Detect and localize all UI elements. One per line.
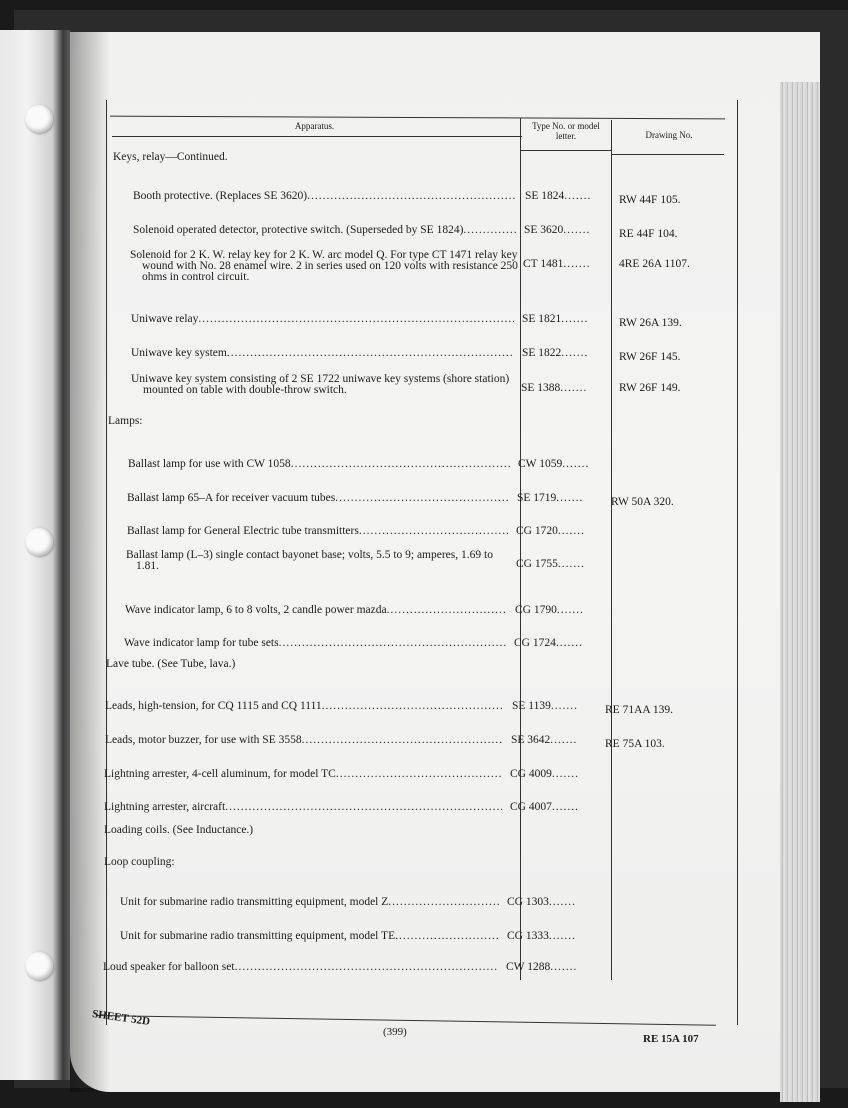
leader-dots: ....... <box>551 700 578 712</box>
leader-dots: ........................................… <box>388 896 499 908</box>
apparatus-description: Leads, motor buzzer, for use with SE 355… <box>105 734 503 747</box>
leader-dots: ....... <box>550 734 577 746</box>
apparatus-description: Ballast lamp (L–3) single contact bayone… <box>126 550 516 572</box>
type-number: SE 1822....... <box>522 347 588 360</box>
type-number: SE 3642....... <box>511 734 577 747</box>
leader-dots: ....... <box>564 190 591 202</box>
leader-dots: ....... <box>561 347 588 359</box>
leader-dots: ....... <box>556 637 583 649</box>
apparatus-description: Uniwave key system......................… <box>131 347 514 360</box>
page-number: (399) <box>383 1026 407 1038</box>
leader-dots: ........................................… <box>235 961 498 973</box>
leader-dots: ........................................… <box>322 700 504 712</box>
type-number: CG 4009....... <box>510 768 579 781</box>
header-rule <box>612 154 724 155</box>
apparatus-description: Unit for submarine radio transmitting eq… <box>120 896 499 909</box>
type-number: CG 1724....... <box>514 637 583 650</box>
drawing-number: RW 50A 320. <box>611 496 674 509</box>
type-number: SE 1719....... <box>517 492 583 505</box>
header-rule <box>521 150 611 151</box>
leader-dots: ....... <box>557 604 584 616</box>
apparatus-description: Keys, relay—Continued. <box>113 151 228 164</box>
apparatus-description: Unit for submarine radio transmitting eq… <box>120 930 499 943</box>
leader-dots: ....... <box>549 896 576 908</box>
apparatus-description: Lightning arrester, 4-cell aluminum, for… <box>104 768 502 781</box>
leader-dots: ....... <box>562 458 589 470</box>
apparatus-description: Leads, high-tension, for CQ 1115 and CQ … <box>105 700 504 713</box>
apparatus-description: Ballast lamp for use with CW 1058.......… <box>128 458 510 471</box>
type-number: CG 1790....... <box>515 604 584 617</box>
leader-dots: ........................................… <box>279 637 506 649</box>
type-number: CG 1720....... <box>516 525 585 538</box>
leader-dots: ....... <box>558 525 585 537</box>
apparatus-description: Loud speaker for balloon set............… <box>103 961 498 974</box>
drawing-number: RE 44F 104. <box>619 228 677 241</box>
leader-dots: ........................................… <box>225 801 502 813</box>
leader-dots: ....... <box>563 258 590 270</box>
type-number: CG 4007....... <box>510 801 579 814</box>
type-number: CG 1303....... <box>507 896 576 909</box>
type-number: CT 1481....... <box>523 258 591 271</box>
drawing-number: RW 26F 145. <box>619 351 680 364</box>
type-number: CW 1288....... <box>506 961 577 974</box>
apparatus-description: Loading coils. (See Inductance.) <box>104 824 253 837</box>
apparatus-description: Lave tube. (See Tube, lava.) <box>106 658 235 671</box>
header-rule <box>112 136 522 137</box>
leader-dots: ....... <box>552 801 579 813</box>
apparatus-description: Loop coupling: <box>104 856 175 869</box>
apparatus-description: Lamps: <box>108 415 143 428</box>
drawing-number: RW 44F 105. <box>619 194 680 207</box>
leader-dots: ....... <box>549 930 576 942</box>
apparatus-description: Solenoid for 2 K. W. relay key for 2 K. … <box>130 250 527 283</box>
leader-dots: ....... <box>561 313 588 325</box>
binder-ring-hole <box>25 105 53 133</box>
leader-dots: ........................................… <box>302 734 503 746</box>
apparatus-description: Solenoid operated detector, protective s… <box>133 224 516 237</box>
binder-ring-hole <box>25 528 53 556</box>
leader-dots: ........................................… <box>307 190 517 202</box>
column-header-type-no: Type No. or model letter. <box>523 121 609 141</box>
apparatus-description: Wave indicator lamp, 6 to 8 volts, 2 can… <box>125 604 507 617</box>
drawing-number: RW 26A 139. <box>619 317 682 330</box>
leader-dots: ........................................… <box>395 930 499 942</box>
leader-dots: ....... <box>563 224 590 236</box>
apparatus-description: Ballast lamp 65–A for receiver vacuum tu… <box>127 492 509 505</box>
leader-dots: ....... <box>556 492 583 504</box>
column-header-drawing-no: Drawing No. <box>614 130 724 140</box>
binder-ring-hole <box>25 952 53 980</box>
drawing-column-divider <box>611 120 612 980</box>
leader-dots: ....... <box>560 382 587 394</box>
apparatus-description: Uniwave key system consisting of 2 SE 17… <box>131 374 523 396</box>
leader-dots: ....... <box>550 961 577 973</box>
leader-dots: ....... <box>552 768 579 780</box>
type-column-divider <box>520 118 521 980</box>
type-number: SE 3620....... <box>524 224 590 237</box>
apparatus-description: Wave indicator lamp for tube sets.......… <box>124 637 506 650</box>
apparatus-description: Uniwave relay...........................… <box>131 313 514 326</box>
reference-number: RE 15A 107 <box>643 1033 699 1045</box>
type-number: CW 1059....... <box>518 458 589 471</box>
drawing-number: RW 26F 149. <box>619 382 680 395</box>
leader-dots: ........................................… <box>336 768 502 780</box>
leader-dots: ........................................… <box>198 313 514 325</box>
apparatus-description: Lightning arrester, aircraft............… <box>104 801 502 814</box>
drawing-number: RE 71AA 139. <box>605 704 673 717</box>
column-header-apparatus: Apparatus. <box>112 121 517 131</box>
apparatus-description: Booth protective. (Replaces SE 3620)....… <box>133 190 517 203</box>
type-number: SE 1388....... <box>521 382 587 395</box>
leader-dots: ........................................… <box>291 458 510 470</box>
leader-dots: ........................................… <box>387 604 507 616</box>
leader-dots: ........................................… <box>335 492 509 504</box>
leader-dots: ........................................… <box>463 224 516 236</box>
type-number: SE 1139....... <box>512 700 578 713</box>
type-number: CG 1755....... <box>516 558 585 571</box>
binder-strip <box>0 30 70 1080</box>
drawing-number: 4RE 26A 1107. <box>619 258 690 271</box>
leader-dots: ........................................… <box>359 525 508 537</box>
type-number: SE 1821....... <box>522 313 588 326</box>
type-number: CG 1333....... <box>507 930 576 943</box>
leader-dots: ....... <box>558 558 585 570</box>
page-stack-edges <box>780 82 820 1102</box>
type-number: SE 1824....... <box>525 190 591 203</box>
page-curl-shadow <box>70 32 110 1092</box>
apparatus-description: Ballast lamp for General Electric tube t… <box>127 525 508 538</box>
drawing-number: RE 75A 103. <box>605 738 665 751</box>
leader-dots: ........................................… <box>227 347 514 359</box>
